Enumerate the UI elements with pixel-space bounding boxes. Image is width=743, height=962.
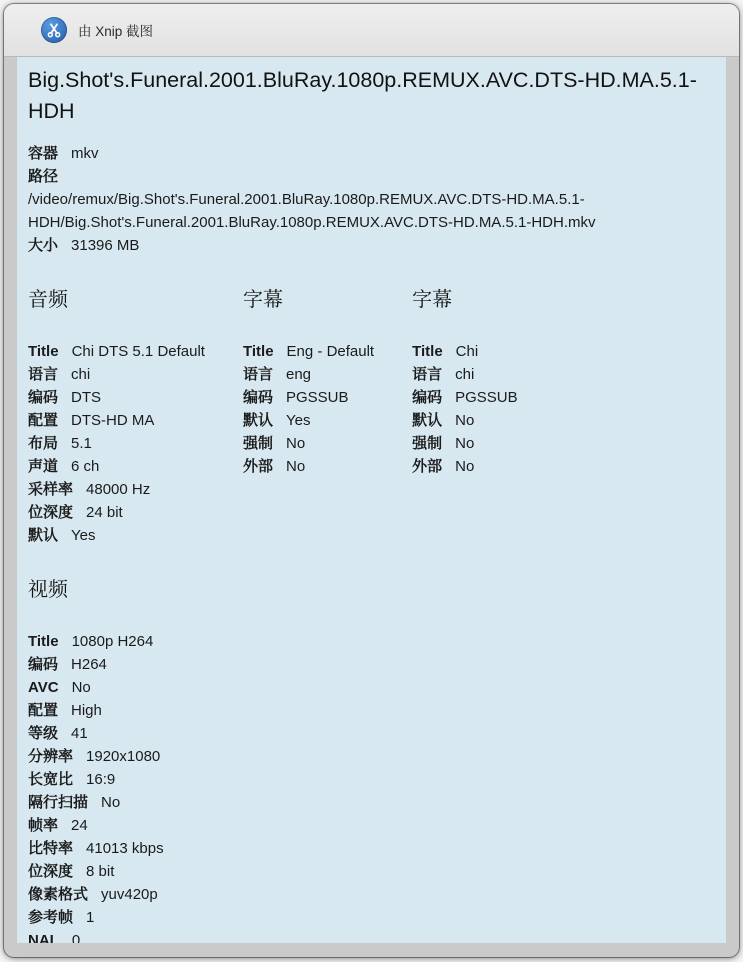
info-value: H264 <box>71 656 107 673</box>
path-value: /video/remux/Big.Shot's.Funeral.2001.Blu… <box>28 188 715 234</box>
video-rows: Title1080p H264 编码H264 AVCNo 配置High <box>28 630 715 943</box>
info-row: 默认No <box>412 409 518 432</box>
info-value: No <box>455 435 474 452</box>
info-label: 编码 <box>28 656 58 673</box>
info-row: 默认Yes <box>28 524 205 547</box>
track-rows: TitleChi DTS 5.1 Default 语言chi 编码DTS <box>28 340 205 547</box>
info-value: 24 <box>71 817 88 834</box>
info-label: 长宽比 <box>28 771 73 788</box>
info-value: No <box>455 458 474 475</box>
size-value: 31396 MB <box>71 237 139 254</box>
file-meta: 容器mkv 路径 /video/remux/Big.Shot's.Funeral… <box>28 142 715 257</box>
info-row: 语言chi <box>412 363 518 386</box>
info-value: 6 ch <box>71 458 99 475</box>
info-row: 语言eng <box>243 363 374 386</box>
info-row: Title1080p H264 <box>28 630 715 653</box>
info-row: 帧率24 <box>28 814 715 837</box>
info-value: Chi <box>456 343 479 360</box>
xnip-window: 由 Xnip 截图 Big.Shot's.Funeral.2001.BluRay… <box>4 4 739 957</box>
info-label: 语言 <box>412 366 442 383</box>
info-row: 默认Yes <box>243 409 374 432</box>
info-row: 位深度24 bit <box>28 501 205 524</box>
info-label: 位深度 <box>28 504 73 521</box>
info-value: eng <box>286 366 311 383</box>
title-bar[interactable]: 由 Xnip 截图 <box>4 4 739 57</box>
info-value: chi <box>71 366 90 383</box>
info-label: Title <box>28 343 59 360</box>
info-label: Title <box>28 633 59 650</box>
info-row: 参考帧1 <box>28 906 715 929</box>
info-label: 强制 <box>412 435 442 452</box>
info-value: No <box>286 435 305 452</box>
info-label: 配置 <box>28 702 58 719</box>
info-value: DTS <box>71 389 101 406</box>
info-row: NAL0 <box>28 929 715 943</box>
info-label: 默认 <box>412 412 442 429</box>
info-label: 帧率 <box>28 817 58 834</box>
info-label: 编码 <box>412 389 442 406</box>
info-value: Eng - Default <box>287 343 375 360</box>
track-list: 音频 TitleChi DTS 5.1 Default 语言chi <box>28 287 715 547</box>
track-heading: 字幕 <box>412 287 518 314</box>
info-row: 语言chi <box>28 363 205 386</box>
info-value: DTS-HD MA <box>71 412 154 429</box>
info-row: 分辨率1920x1080 <box>28 745 715 768</box>
info-label: AVC <box>28 679 59 696</box>
info-row: 外部No <box>412 455 518 478</box>
info-row: AVCNo <box>28 676 715 699</box>
info-value: 41 <box>71 725 88 742</box>
info-value: No <box>101 794 120 811</box>
info-label: 配置 <box>28 412 58 429</box>
info-value: 1920x1080 <box>86 748 160 765</box>
info-value: 0 <box>72 932 80 943</box>
info-row: 隔行扫描No <box>28 791 715 814</box>
info-label: 外部 <box>412 458 442 475</box>
info-value: PGSSUB <box>286 389 349 406</box>
info-row: TitleChi <box>412 340 518 363</box>
container-label: 容器 <box>28 145 58 162</box>
info-label: Title <box>412 343 443 360</box>
size-label: 大小 <box>28 237 58 254</box>
info-value: Yes <box>286 412 310 429</box>
info-row: 等级41 <box>28 722 715 745</box>
info-value: yuv420p <box>101 886 158 903</box>
track-rows: TitleChi 语言chi 编码PGSSUB <box>412 340 518 478</box>
info-value: No <box>455 412 474 429</box>
info-row: 强制No <box>412 432 518 455</box>
info-label: 默认 <box>243 412 273 429</box>
info-label: 语言 <box>243 366 273 383</box>
media-info-panel: Big.Shot's.Funeral.2001.BluRay.1080p.REM… <box>17 57 726 943</box>
video-section: 视频 Title1080p H264 编码H264 AVCNo <box>28 577 715 943</box>
info-label: Title <box>243 343 274 360</box>
path-row: 路径 <box>28 165 715 188</box>
info-value: Yes <box>71 527 95 544</box>
track-rows: TitleEng - Default 语言eng 编码PGSSUB <box>243 340 374 478</box>
info-label: 声道 <box>28 458 58 475</box>
container-row: 容器mkv <box>28 142 715 165</box>
info-row: 编码PGSSUB <box>243 386 374 409</box>
track-card: 字幕 TitleEng - Default 语言eng <box>243 287 374 478</box>
info-row: 外部No <box>243 455 374 478</box>
info-label: 强制 <box>243 435 273 452</box>
window-title: 由 Xnip 截图 <box>78 20 153 40</box>
info-row: 编码H264 <box>28 653 715 676</box>
info-row: 声道6 ch <box>28 455 205 478</box>
info-label: 布局 <box>28 435 58 452</box>
info-label: 采样率 <box>28 481 73 498</box>
info-value: 41013 kbps <box>86 840 164 857</box>
info-label: 位深度 <box>28 863 73 880</box>
path-label: 路径 <box>28 168 58 185</box>
media-title: Big.Shot's.Funeral.2001.BluRay.1080p.REM… <box>28 65 715 127</box>
info-label: 像素格式 <box>28 886 88 903</box>
info-label: NAL <box>28 932 59 943</box>
info-value: 48000 Hz <box>86 481 150 498</box>
info-row: 配置High <box>28 699 715 722</box>
info-value: High <box>71 702 102 719</box>
info-row: TitleEng - Default <box>243 340 374 363</box>
xnip-logo-icon <box>41 17 67 43</box>
track-heading: 字幕 <box>243 287 374 314</box>
info-label: 分辨率 <box>28 748 73 765</box>
info-value: 24 bit <box>86 504 123 521</box>
track-card: 字幕 TitleChi 语言chi <box>412 287 518 478</box>
info-value: 8 bit <box>86 863 114 880</box>
info-label: 语言 <box>28 366 58 383</box>
info-label: 编码 <box>243 389 273 406</box>
info-row: 配置DTS-HD MA <box>28 409 205 432</box>
info-row: 长宽比16:9 <box>28 768 715 791</box>
info-row: 编码DTS <box>28 386 205 409</box>
info-row: 位深度8 bit <box>28 860 715 883</box>
info-row: 布局5.1 <box>28 432 205 455</box>
info-label: 等级 <box>28 725 58 742</box>
info-row: 像素格式yuv420p <box>28 883 715 906</box>
video-heading: 视频 <box>28 577 715 604</box>
info-label: 编码 <box>28 389 58 406</box>
info-label: 比特率 <box>28 840 73 857</box>
window-body: Big.Shot's.Funeral.2001.BluRay.1080p.REM… <box>4 57 739 956</box>
info-value: No <box>286 458 305 475</box>
info-row: 采样率48000 Hz <box>28 478 205 501</box>
info-value: Chi DTS 5.1 Default <box>72 343 205 360</box>
info-row: TitleChi DTS 5.1 Default <box>28 340 205 363</box>
info-label: 外部 <box>243 458 273 475</box>
info-value: 5.1 <box>71 435 92 452</box>
info-value: 1080p H264 <box>72 633 154 650</box>
info-label: 隔行扫描 <box>28 794 88 811</box>
container-value: mkv <box>71 145 99 162</box>
info-row: 比特率41013 kbps <box>28 837 715 860</box>
track-card: 音频 TitleChi DTS 5.1 Default 语言chi <box>28 287 205 547</box>
info-value: chi <box>455 366 474 383</box>
info-value: 16:9 <box>86 771 115 788</box>
info-value: No <box>72 679 91 696</box>
track-heading: 音频 <box>28 287 205 314</box>
info-label: 参考帧 <box>28 909 73 926</box>
info-row: 强制No <box>243 432 374 455</box>
info-row: 编码PGSSUB <box>412 386 518 409</box>
size-row: 大小31396 MB <box>28 234 715 257</box>
info-label: 默认 <box>28 527 58 544</box>
info-value: 1 <box>86 909 94 926</box>
info-value: PGSSUB <box>455 389 518 406</box>
